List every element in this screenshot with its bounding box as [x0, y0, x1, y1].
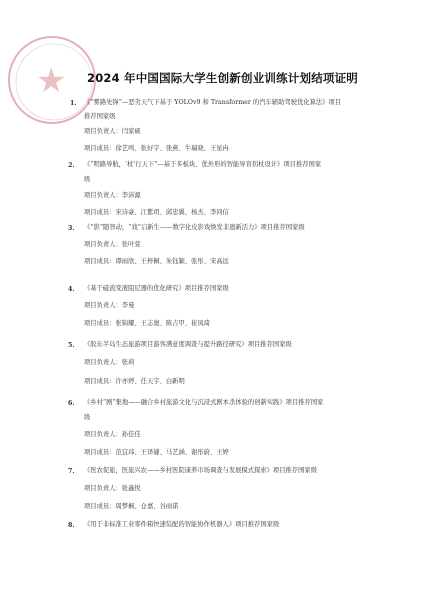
item-title: 《基于磁流变液阻尼器的优化研究》项目推荐国家级	[84, 285, 229, 293]
item-number: 5.	[68, 342, 75, 349]
item-title-cont: 推荐国家级	[84, 113, 115, 121]
item-members: 项目成员：谭雨欣、王梓桐、朱钰颖、张彤、宋高远	[84, 258, 229, 266]
item-title: 《乡村“剧”集地——融合乡村旅游文化与沉浸式剧本杀体验的创新实践》项目推荐国家	[84, 399, 323, 407]
item-number: 7.	[68, 468, 75, 475]
item-title-cont: 级	[84, 414, 90, 422]
item-leader: 项目负责人：李曼	[84, 302, 134, 310]
item-title: 《用于非标准工业零件箱快速装配的智能协作机器人》项目推荐国家级	[84, 521, 279, 529]
item-members: 项目成员：许亦婷、任天宇、白新明	[84, 378, 185, 386]
item-title: 《“明路导航，‘杖’行天下”—基于多板块、优外形的智能导盲拐杖设计》项目推荐国家	[84, 161, 321, 169]
page-title: 2024 年中国国际大学生创新创业训练计划结项证明	[87, 70, 417, 86]
item-title: 《医农促旅，医旅兴农——乡村医院康养市场调查与发展模式探索》项目推荐国家级	[84, 467, 317, 475]
item-members: 项目成员：徐艺鸣、张好宇、张燕、牛瑞晓、王星冉	[84, 145, 229, 153]
item-number: 2.	[68, 162, 75, 169]
item-number: 8.	[68, 522, 75, 529]
item-leader: 项目负责人：张莉	[84, 359, 134, 367]
item-number: 3.	[68, 225, 75, 232]
item-title-cont: 级	[84, 176, 90, 184]
official-seal-stamp: ★	[8, 36, 96, 124]
item-title: 《胶东半岛生态旅游项目游客满意度调查与提升路径研究》项目推荐国家级	[84, 341, 292, 349]
item-number: 4.	[68, 286, 75, 293]
item-members: 项目成员：范宜玮、王译婕、马艺涵、谢彤蔚、王婷	[84, 449, 229, 457]
item-number: 6.	[68, 400, 75, 407]
item-leader: 项目负责人：张鑫悦	[84, 485, 141, 493]
item-number: 1.	[70, 100, 77, 107]
item-leader: 项目负责人：李沛源	[84, 192, 141, 200]
item-title: 《“雾路先锋”—恶劣天气下基于 YOLOv9 和 Transformer 的汽车…	[84, 99, 341, 107]
star-icon: ★	[36, 64, 66, 98]
item-title: 《“影”随智动，“戏”启新生——数字化皮影戏焕发非遗新活力》项目推荐国家级	[84, 224, 305, 232]
item-leader: 项目负责人：孙佳佳	[84, 431, 141, 439]
item-leader: 项目负责人：张叶萱	[84, 241, 141, 249]
item-members: 项目成员：宋诗豪、江紫玥、邱忠翼、杨杰、李同信	[84, 209, 229, 217]
item-members: 项目成员：周梦桐、仓嘉、谷雨诺	[84, 503, 178, 511]
item-leader: 项目负责人：闫家硕	[84, 128, 141, 136]
item-members: 项目成员：张锦耀、王志奥、陈吉甲、崔凤琦	[84, 320, 210, 328]
